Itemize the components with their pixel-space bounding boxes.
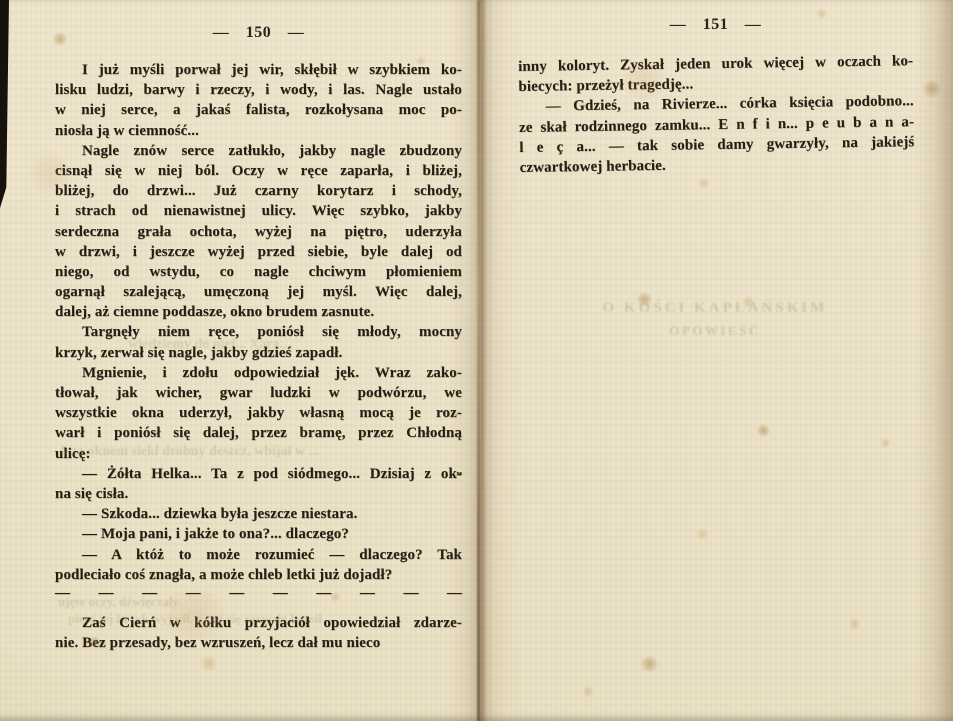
text-line: I już myśli porwał jej wir, skłębił w sz…: [55, 60, 462, 80]
text-line: bliżej, do drzwi... Już czarny korytarz …: [55, 181, 462, 201]
page-number-header-151: — 151 —: [518, 16, 913, 34]
page-number-header-150: — 150 —: [55, 24, 462, 42]
text-line: — Szkoda... dziewka była jeszcze niestar…: [55, 504, 462, 524]
ink-mark: „: [456, 462, 463, 478]
text-line: Mgnienie, i zdołu odpowiedział jęk. Wraz…: [55, 363, 462, 383]
left-text-block: I już myśli porwał jej wir, skłębił w sz…: [55, 60, 462, 585]
left-after-separator-block: Zaś Cierń w kółku przyjaciół opowiedział…: [55, 613, 462, 653]
text-line: — A któż to może rozumieć — dlaczego? Ta…: [55, 545, 462, 565]
text-line: w drzwi, i jeszcze wyżej przed siebie, b…: [55, 242, 462, 262]
gutter-crease-line: [477, 0, 480, 721]
text-line: na się cisła.: [55, 484, 462, 504]
text-line: cisnął się w niej ból. Oczy w ręce zapar…: [55, 161, 462, 181]
text-line: Targnęły niem ręce, poniósł się młody, m…: [55, 322, 462, 342]
text-line: ogarnął szalejącą, umęczoną jej myśl. Wi…: [55, 282, 462, 302]
text-line: serdeczna grała ochota, wyżej na piętro,…: [55, 222, 462, 242]
text-line: lisku ludzi, barwy i rzeczy, i wody, i l…: [55, 80, 462, 100]
text-line: Nagle znów serce zatłukło, jakby nagle z…: [55, 141, 462, 161]
text-line: krzyk, zerwał się nagle, jakby gdzieś za…: [55, 343, 462, 363]
page-151: — 151 — inny koloryt. Zyskał jeden urok …: [500, 0, 953, 721]
text-line: niego, od wstydu, co nagle chciwym płomi…: [55, 262, 462, 282]
text-line: i strach od nienawistnej ulicy. Więc szy…: [55, 201, 462, 221]
text-line: ulicę:: [55, 444, 462, 464]
text-line: — Moja pani, i jakże to ona?... dlaczego…: [55, 524, 462, 544]
bleedthrough-title-line1: O KOŚCI KAPŁAŃSKIM: [560, 300, 870, 317]
bleedthrough-title: O KOŚCI KAPŁAŃSKIM OPOWIEŚĆ: [560, 300, 870, 339]
text-line: — Żółta Helka... Ta z pod siódmego... Dz…: [55, 464, 462, 484]
text-line: w niej serce, a jakaś falista, rozkołysa…: [55, 100, 462, 120]
text-line: nie. Bez przesady, bez wzruszeń, lecz da…: [55, 633, 462, 653]
book-scan: — 150 — I już myśli porwał jej wir, skłę…: [0, 0, 953, 721]
text-line: dalej, aż ciemne poddasze, okno brudem z…: [55, 302, 462, 322]
bleedthrough-title-line2: OPOWIEŚĆ: [560, 323, 870, 339]
text-line: wszystkie okna uderzył, jakby własną moc…: [55, 403, 462, 423]
text-line: niosła ją w ciemność...: [55, 121, 462, 141]
text-line: podleciało coś znagła, a może chleb letk…: [55, 565, 462, 585]
text-line: warł i poniósł się dalej, przez bramę, p…: [55, 423, 462, 443]
dash-separator: — — — — — — — — — —: [55, 585, 462, 605]
text-line: tłował, jak wicher, gwar ludzki w podwór…: [55, 383, 462, 403]
right-text-block: inny koloryt. Zyskał jeden urok więcej w…: [518, 51, 915, 178]
page-150: — 150 — I już myśli porwał jej wir, skłę…: [8, 0, 452, 721]
text-line: Zaś Cierń w kółku przyjaciół opowiedział…: [55, 613, 462, 633]
